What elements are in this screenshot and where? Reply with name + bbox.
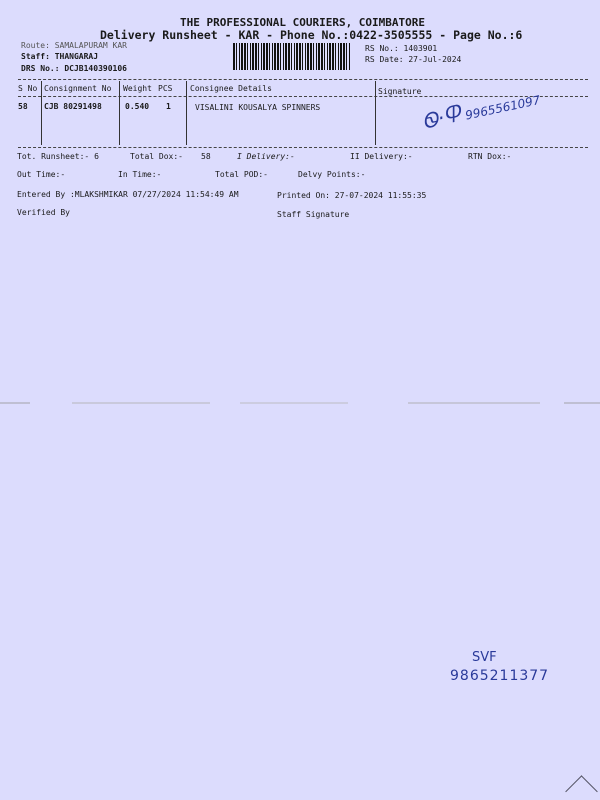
table-bottom-divider bbox=[18, 147, 588, 148]
col-header-pcs: PCS bbox=[158, 84, 172, 93]
col-divider bbox=[119, 81, 120, 145]
col-header-sno: S No bbox=[18, 84, 37, 93]
total-dox-value: 58 bbox=[201, 152, 211, 161]
runsheet-title: Delivery Runsheet - KAR - Phone No.:0422… bbox=[100, 28, 522, 42]
staff-label: Staff: THANGARAJ bbox=[21, 52, 98, 61]
corner-fold-mark bbox=[565, 775, 598, 800]
total-dox-label: Total Dox:- bbox=[130, 152, 183, 161]
col-header-signature: Signature bbox=[378, 87, 421, 96]
col-divider bbox=[375, 81, 376, 145]
signature-scribble: Ꮻ·Ⴔ bbox=[420, 102, 463, 134]
out-time: Out Time:- bbox=[17, 170, 65, 179]
handwritten-note-line2: 9865211377 bbox=[450, 668, 549, 684]
rs-number: RS No.: 1403901 bbox=[365, 44, 437, 53]
route-label: Route: SAMALAPURAM KAR bbox=[21, 41, 127, 50]
cell-pcs: 1 bbox=[166, 102, 171, 111]
rs-date: RS Date: 27-Jul-2024 bbox=[365, 55, 461, 64]
col-header-consignment: Consignment No bbox=[44, 84, 111, 93]
cell-consignee: VISALINI KOUSALYA SPINNERS bbox=[195, 103, 320, 112]
cell-weight: 0.540 bbox=[125, 102, 149, 111]
cell-consignment-no: CJB 80291498 bbox=[44, 102, 102, 111]
col-header-weight: Weight bbox=[123, 84, 152, 93]
barcode-image bbox=[233, 43, 351, 70]
delvy-points: Delvy Points:- bbox=[298, 170, 365, 179]
verified-by: Verified By bbox=[17, 208, 70, 217]
i-delivery: I Delivery:- bbox=[237, 152, 295, 161]
printed-on: Printed On: 27-07-2024 11:55:35 bbox=[277, 191, 426, 200]
signature-phone: 9965561097 bbox=[464, 93, 542, 123]
cell-sno: 58 bbox=[18, 102, 28, 111]
ii-delivery: II Delivery:- bbox=[350, 152, 413, 161]
col-header-consignee: Consignee Details bbox=[190, 84, 272, 93]
col-divider bbox=[41, 81, 42, 145]
in-time: In Time:- bbox=[118, 170, 161, 179]
scan-artifact bbox=[0, 402, 600, 404]
handwritten-note-line1: SVF bbox=[472, 650, 497, 665]
entered-by: Entered By :MLAKSHMIKAR 07/27/2024 11:54… bbox=[17, 190, 239, 199]
header-divider bbox=[18, 79, 588, 80]
drs-number: DRS No.: DCJB140390106 bbox=[21, 64, 127, 73]
tot-runsheet: Tot. Runsheet:- 6 bbox=[17, 152, 99, 161]
total-pod: Total POD:- bbox=[215, 170, 268, 179]
staff-signature: Staff Signature bbox=[277, 210, 349, 219]
cell-signature-handwritten: Ꮻ·Ⴔ9965561097 bbox=[420, 85, 542, 133]
col-divider bbox=[186, 81, 187, 145]
rtn-dox: RTN Dox:- bbox=[468, 152, 511, 161]
